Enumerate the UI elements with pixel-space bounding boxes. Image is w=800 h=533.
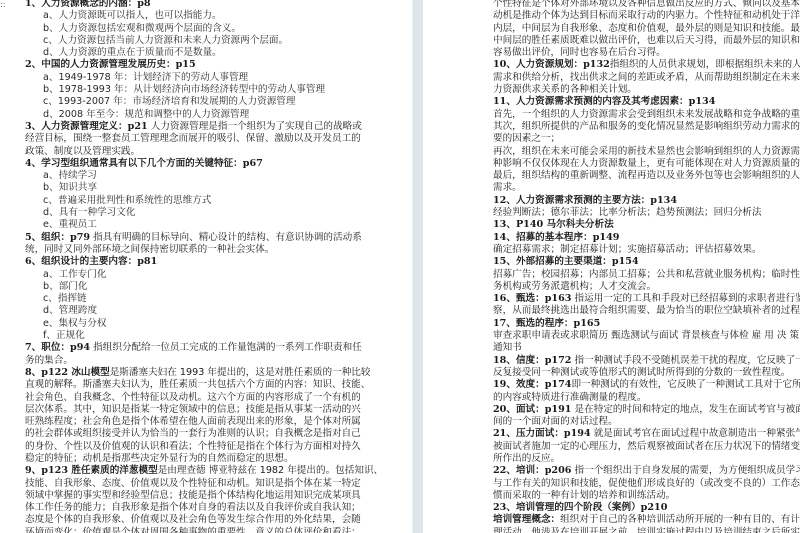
list-item: d、人力资源的重点在于质量而不是数量。 — [25, 47, 355, 59]
list-item: c、1993-2007 年：市场经济培育和发展期的人力资源管理 — [25, 96, 355, 108]
list-item: b、部门化 — [25, 281, 355, 293]
body-text-line: 经验判断法；德尔菲法；比率分析法；趋势预测法；回归分析法 — [493, 207, 800, 219]
body-text-line: 的内容或特质进行准确测量的程度。 — [493, 392, 800, 404]
section-heading: 4、学习型组织通常具有以下几个方面的关键特征：p67 — [25, 158, 355, 170]
body-text-line: 要的因素之一； — [493, 133, 800, 145]
definition-line: 9、p123 胜任素质的洋葱模型是由理查德 博亚特兹在 1982 年提出的。包括… — [25, 465, 355, 477]
body-text-line: 领域中掌握的事实型和经验型信息；技能是指个体结构化地运用知识完成某项具 — [25, 490, 355, 502]
body-text-line: 直观的解释。斯潘塞夫妇认为，胜任素质一共包括六个方面的内容：知识、技能、 — [25, 379, 355, 391]
body-text-line: 内层，中间层为自我形象、态度和价值观，最外层的则是知识和技能。最内层和 — [493, 23, 800, 35]
definition-text: 指一种测试手段不受随机误差干扰的程度，它反映了一个人在 — [571, 355, 800, 366]
list-item: c、普遍采用批判性和系统性的思维方式 — [25, 195, 355, 207]
term-label: 22、培训：p206 — [493, 465, 571, 476]
term-label: 3、人力资源管理定义：p21 — [25, 121, 148, 132]
list-item: d、管理跨度 — [25, 305, 355, 317]
list-item: e、重视员工 — [25, 219, 355, 231]
body-text-line: 招募广告；校园招募；内部员工招募；公共和私营就业服务机构；临时性就业服 — [493, 269, 800, 281]
list-item: e、集权与分权 — [25, 318, 355, 330]
body-text-line: 政策、制度以及管理实践。 — [25, 146, 355, 158]
list-item: d、2008 年至今：规范和调整中的人力资源管理 — [25, 109, 355, 121]
definition-text: 指具有明确的目标导向、精心设计的结构、有意识协调的活动系 — [90, 232, 362, 243]
term-label: 9、p123 胜任素质的洋葱模型 — [25, 465, 158, 476]
body-text-line: 经营目标，围绕一整套员工管理理念而展开的吸引、保留、激励以及开发员工的 — [25, 133, 355, 145]
definition-line: 19、效度：p174即一种测试的有效性，它反映了一种测试工具对于它所要测量 — [493, 379, 800, 391]
definition-line: 10、人力资源规划：p132指组织的人员供求规划，即根据组织未来的人力资源 — [493, 59, 800, 71]
term-label: 7、职位：p94 — [25, 342, 90, 353]
term-label: 21、压力面试：p194 — [493, 428, 591, 439]
definition-line: 16、甄选：p163 指运用一定的工具和手段对已经招募到的求职者进行鉴别和考 — [493, 293, 800, 305]
body-text-line: 态度是个体的自我形象、价值观以及社会角色等发生综合作用的外化结果，会随 — [25, 514, 355, 526]
definition-text: 指一个组织出于自身发展的需要，为方便组织成员学习和掌握 — [571, 465, 800, 476]
body-text-line: 个性特征是个体对外部环境以及各种信息做出反应的方式、倾向以及基本特征； — [493, 0, 800, 10]
section-heading: 2、中国的人力资源管理发展历史：p15 — [25, 59, 355, 71]
definition-text: 是由理查德 博亚特兹在 1982 年提出的。包括知识、 — [158, 465, 383, 476]
body-text-line: 需求。 — [493, 182, 800, 194]
body-text-line: 力资源供求关系的各种相关计划。 — [493, 84, 800, 96]
body-text-line: 中间层的胜任素质既难以做出评价，也难以后天习得，而最外层的知识和技能则 — [493, 35, 800, 47]
body-text-line: 察，从而最终挑选出最符合组织需要、最为恰当的职位空缺填补者的过程。 — [493, 305, 800, 317]
list-item: a、1949-1978 年：计划经济下的劳动人事管理 — [25, 72, 355, 84]
body-text-line: 确定招募需求；制定招募计划；实施招募活动；评估招募效果。 — [493, 244, 800, 256]
definition-text: 人力资源管理是指一个组织为了实现自己的战略或 — [148, 121, 362, 132]
body-text-line: 社会角色、自我概念、个性特征以及动机。这六个方面的内容形成了一个有机的 — [25, 392, 355, 404]
list-item: a、持续学习 — [25, 170, 355, 182]
body-text-line: 体工作任务的能力；自我形象是指个体对自身的看法以及自我评价或自我认知； — [25, 502, 355, 514]
section-heading: 1、人力资源概念的内涵：p8 — [25, 0, 355, 10]
body-text-line: 稳定的特征；动机是指那些决定外显行为的自然而稳定的思想。 — [25, 453, 355, 465]
body-text-line: 层次体系。其中，知识是指某一特定领域中的信息；技能是指从事某一活动的兴 — [25, 404, 355, 416]
definition-line: 18、信度：p172 指一种测试手段不受随机误差干扰的程度，它反映了一个人在 — [493, 355, 800, 367]
term-label: 19、效度：p174 — [493, 379, 571, 390]
term-label: 5、组织：p79 — [25, 232, 90, 243]
definition-line: 3、人力资源管理定义：p21 人力资源管理是指一个组织为了实现自己的战略或 — [25, 121, 355, 133]
list-item: c、指挥链 — [25, 293, 355, 305]
body-text-line: 种影响不仅仅体现在人力资源数量上，更有可能体现在对人力资源质量的要求上； — [493, 158, 800, 170]
body-text-line: 需求和供给分析，找出供求之间的差距或矛盾，从而帮助组织制定在未来平衡人 — [493, 72, 800, 84]
section-heading: 13、P140 马尔科夫分析法 — [493, 219, 800, 231]
body-text-line: 环境而变化；价值观是个体对周围各种事物的重要性、意义的总体评价和看法； — [25, 527, 355, 533]
body-text-line: 被面试者施加一定的心理压力，然后观察被面试者在压力状况下的情绪变化以及 — [493, 441, 800, 453]
body-text-line: 容易做出评价，同时也容易在后台习得。 — [493, 47, 800, 59]
list-item: b、人力资源包括宏观和微观两个层面的含义。 — [25, 23, 355, 35]
definition-text: 是斯潘塞夫妇在 1993 年提出的，这是对胜任素质的一种比较 — [110, 367, 371, 378]
body-text-line: 首先，一个组织的人力资源需求会受到组织未来发展战略和竞争战略的重要影响； — [493, 109, 800, 121]
body-text-line: 其次，组织所提供的产品和服务的变化情况显然是影响组织劳动力需求的最为重 — [493, 121, 800, 133]
section-heading: 23、培训管理的四个阶段（案例）p210 — [493, 502, 800, 514]
body-text-line: 旺熟练程度；社会角色是指个体希望在他人面前表现出来的形象，是个体对所属 — [25, 416, 355, 428]
definition-line: 培训管理概念：组织对于自己的各种培训活动所开展的一种有目的、有计划的管 — [493, 514, 800, 526]
body-text-line: 间的一个面对面的对话过程。 — [493, 416, 800, 428]
term-label: 16、甄选：p163 — [493, 293, 571, 304]
list-item: a、人力资源既可以指人，也可以指能力。 — [25, 10, 355, 22]
definition-text: 即一种测试的有效性，它反映了一种测试工具对于它所要测量 — [571, 379, 800, 390]
definition-line: 5、组织：p79 指具有明确的目标导向、精心设计的结构、有意识协调的活动系 — [25, 232, 355, 244]
body-text-line: 再次，组织在未来可能会采用的新技术显然也会影响到组织的人力资源需求，这 — [493, 146, 800, 158]
list-item: f、正规化 — [25, 330, 355, 342]
definition-line: 8、p122 冰山模型是斯潘塞夫妇在 1993 年提出的，这是对胜任素质的一种比… — [25, 367, 355, 379]
list-item: d、具有一种学习文化 — [25, 207, 355, 219]
body-text-line: 通知书 — [493, 342, 800, 354]
section-heading: 6、组织设计的主要内容：p81 — [25, 256, 355, 268]
section-heading: 15、外部招募的主要渠道：p154 — [493, 256, 800, 268]
body-text-line: 惯而采取的一种有计划的培养和训练活动。 — [493, 490, 800, 502]
list-item: a、工作专门化 — [25, 269, 355, 281]
definition-text: 组织对于自己的各种培训活动所开展的一种有目的、有计划的管 — [560, 514, 800, 525]
body-text-line: 最后，组织结构的重新调整、流程再造以及业务外包等也会影响组织的人力资源 — [493, 170, 800, 182]
term-label: 10、人力资源规划：p132 — [493, 59, 610, 70]
document-page-right: 个性特征是个体对外部环境以及各种信息做出反应的方式、倾向以及基本特征；动机是推动… — [423, 0, 800, 533]
body-text-line: 动机是推动个体为达到目标而采取行动的内驱力。个性特征和动机处于洋葱的最 — [493, 10, 800, 22]
term-label: 20、面试：p191 — [493, 404, 571, 415]
definition-text: 是在特定的时间和特定的地点，发生在面试考官与被面试者之 — [571, 404, 800, 415]
definition-line: 20、面试：p191 是在特定的时间和特定的地点，发生在面试考官与被面试者之 — [493, 404, 800, 416]
page-content-right: 个性特征是个体对外部环境以及各种信息做出反应的方式、倾向以及基本特征；动机是推动… — [493, 0, 800, 533]
definition-text: 指组织分配给一位员工完成的工作量饱满的一系列工作职责和任 — [90, 342, 362, 353]
section-heading: 12、人力资源需求预测的主要方法：p134 — [493, 195, 800, 207]
body-text-line: 务机构或劳务派遣机构；人才交流会。 — [493, 281, 800, 293]
definition-text: 指运用一定的工具和手段对已经招募到的求职者进行鉴别和考 — [571, 293, 800, 304]
definition-line: 21、压力面试：p194 就是面试考官在面试过程中故意制造出一种紧张气氛，对 — [493, 428, 800, 440]
section-heading: 11、人力资源需求预测的内容及其考虑因素：p134 — [493, 96, 800, 108]
section-heading: 14、招募的基本程序：p149 — [493, 232, 800, 244]
body-text-line: 务的集合。 — [25, 355, 355, 367]
body-text-line: 的社会群体或组织接受并认为恰当的一套行为准则的认识；自我概念是指对自己 — [25, 428, 355, 440]
term-label: 18、信度：p172 — [493, 355, 571, 366]
definition-line: 22、培训：p206 指一个组织出于自身发展的需要，为方便组织成员学习和掌握 — [493, 465, 800, 477]
margin-marker: :: — [0, 0, 5, 10]
body-text-line: 与工作有关的知识和技能，促使他们形成良好的（或改变不良的）工作态度或习 — [493, 478, 800, 490]
definition-line: 7、职位：p94 指组织分配给一位员工完成的工作量饱满的一系列工作职责和任 — [25, 342, 355, 354]
list-item: b、知识共享 — [25, 182, 355, 194]
list-item: c、人力资源包括当前人力资源和未来人力资源两个层面。 — [25, 35, 355, 47]
list-item: b、1978-1993 年：从计划经济向市场经济转型中的劳动人事管理 — [25, 84, 355, 96]
body-text-line: 反复接受同一种测试或等值形式的测试时所得到的分数的一致性程度。 — [493, 367, 800, 379]
document-page-left: :: 1、人力资源概念的内涵：p8a、人力资源既可以指人，也可以指能力。b、人力… — [0, 0, 412, 533]
term-label: 8、p122 冰山模型 — [25, 367, 110, 378]
term-label: 培训管理概念： — [493, 514, 560, 525]
section-heading: 17、甄选的程序：p165 — [493, 318, 800, 330]
page-content-left: 1、人力资源概念的内涵：p8a、人力资源既可以指人，也可以指能力。b、人力资源包… — [25, 0, 355, 533]
body-text-line: 所作出的反应。 — [493, 453, 800, 465]
body-text-line: 技能、自我形象、态度、价值观以及个性特征和动机。知识是指个体在某一特定 — [25, 478, 355, 490]
body-text-line: 审查求职申请表或求职简历 甄选测试与面试 背景核查与体检 雇 用 决 策 — [493, 330, 800, 342]
body-text-line: 统，同时又同外部环境之间保持密切联系的一种社会实体。 — [25, 244, 355, 256]
body-text-line: 的身份、个性以及价值观的认识和看法；个性特征是指在个体行为方面相对持久 — [25, 441, 355, 453]
body-text-line: 理活动，他涉及在培训开展之前、培训实施过程中以及培训结束之后所实施的一 — [493, 527, 800, 533]
definition-text: 指组织的人员供求规划，即根据组织未来的人力资源 — [610, 59, 800, 70]
definition-text: 就是面试考官在面试过程中故意制造出一种紧张气氛，对 — [591, 428, 800, 439]
